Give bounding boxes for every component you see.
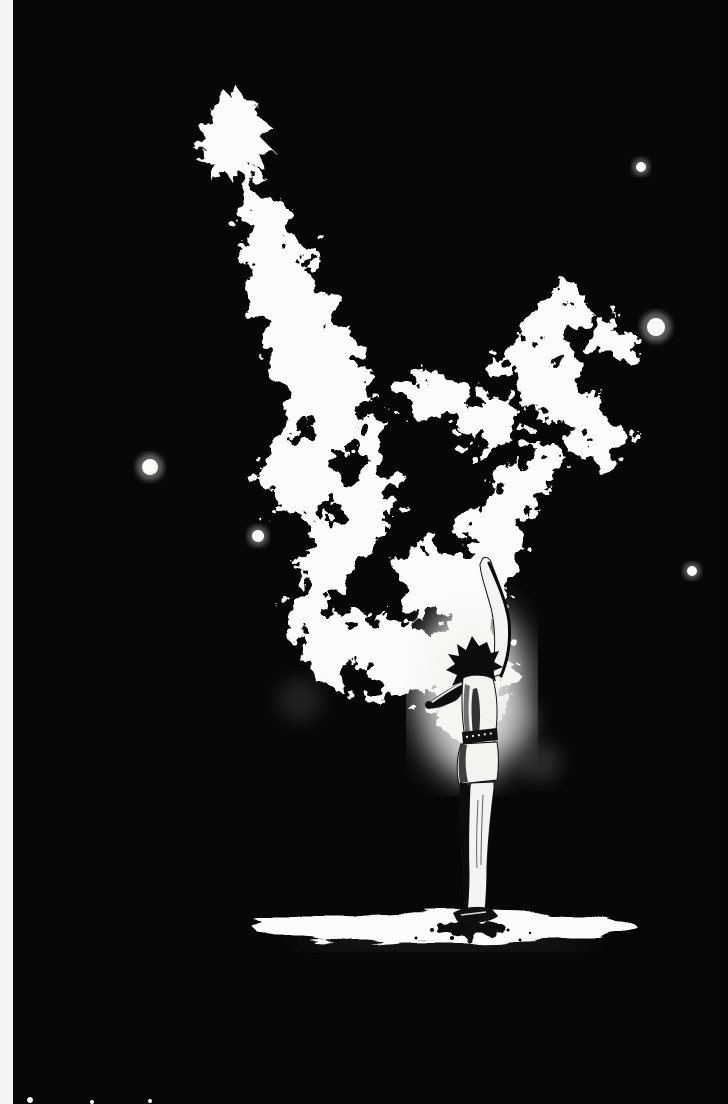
page-edge-nick (27, 1097, 33, 1103)
smoke-blob (476, 396, 524, 444)
smoke-hole (384, 504, 428, 548)
smoke-hole (455, 313, 489, 347)
smoke-hole (357, 399, 387, 429)
star-dot (641, 312, 672, 343)
star-dot-core (687, 566, 697, 576)
star-dot (633, 159, 650, 176)
smoke-hole (535, 413, 561, 439)
star-dot (248, 526, 268, 546)
star-dot-core (647, 318, 665, 336)
smoke-blob (288, 322, 348, 382)
smoke-hole (425, 419, 467, 461)
page-edge-nick (148, 1099, 152, 1103)
haze-wisp (520, 742, 560, 782)
spotlight-speckle (507, 929, 510, 932)
spotlight-speckle (439, 943, 442, 946)
star-dot (136, 453, 163, 480)
haze-wisp (278, 678, 322, 722)
spotlight-speckle (415, 937, 418, 940)
smoke-hole (289, 417, 315, 443)
spotlight-speckle (519, 939, 522, 942)
smoke-hole (513, 445, 535, 467)
smoke-hole (346, 666, 378, 698)
smoke-hole (319, 503, 345, 529)
smoke-hole (565, 453, 591, 479)
smoke-blob (274, 269, 326, 321)
smoke-blob (584, 424, 628, 468)
smoke-hole (333, 443, 371, 481)
smoke-blob (546, 282, 586, 322)
figure-fist (425, 701, 433, 709)
artwork-canvas (0, 0, 728, 1104)
smoke-hole (581, 365, 603, 387)
star-dot-core (636, 162, 646, 172)
spotlight-speckle (430, 928, 434, 932)
smoke-blob (607, 337, 637, 367)
spotlight-speckle (529, 932, 531, 934)
spotlight-speckle (490, 934, 494, 938)
page-edge-nick (90, 1100, 94, 1104)
star-dot-core (252, 530, 264, 542)
spotlight-speckle (450, 936, 454, 940)
spotlight-speckle (468, 939, 473, 944)
smoke-hole (288, 528, 312, 552)
smoke-hole (324, 588, 352, 616)
smoke-hole (487, 371, 517, 401)
star-dot (684, 563, 701, 580)
star-dot-core (142, 459, 158, 475)
manga-page (0, 0, 728, 1104)
